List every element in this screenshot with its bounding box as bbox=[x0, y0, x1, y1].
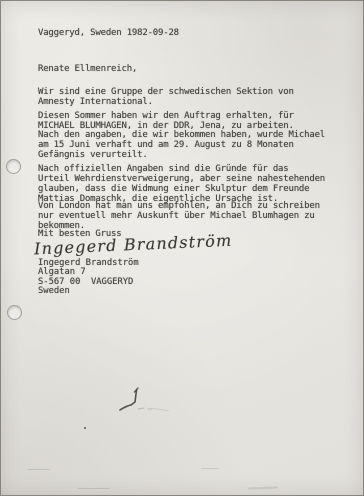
hole-punch-bottom bbox=[7, 305, 22, 320]
paragraph-request: Von London hat man uns empfohlen, an Dic… bbox=[38, 201, 320, 231]
paper-smudge bbox=[78, 488, 110, 489]
dateline: Vaggeryd, Sweden 1982-09-28 bbox=[38, 28, 179, 38]
paper-smudge bbox=[248, 486, 278, 489]
paragraph-assignment: Diesen Sommer haben wir den Auftrag erha… bbox=[38, 111, 294, 131]
pen-mark-squiggle bbox=[118, 385, 152, 417]
paper-smudge bbox=[151, 408, 169, 411]
paragraph-intro: Wir sind eine Gruppe der schwedischen Se… bbox=[38, 87, 294, 107]
hole-punch-top bbox=[6, 159, 21, 174]
paper-smudge bbox=[28, 469, 50, 470]
scanned-letter-page: Vaggeryd, Sweden 1982-09-28 Renate Ellme… bbox=[0, 0, 364, 496]
sender-address-block: Ingegerd Brandström Algatan 7 S-567 00 V… bbox=[38, 259, 139, 297]
paper-smudge bbox=[201, 468, 219, 469]
paragraph-reasons: Nach offiziellen Angaben sind die Gründe… bbox=[38, 164, 325, 204]
ink-dot bbox=[84, 427, 86, 429]
paragraph-arrest: Nach den angaben, die wir bekommen haben… bbox=[38, 130, 325, 160]
recipient-name: Renate Ellmenreich, bbox=[38, 64, 137, 74]
sender-country: Sweden bbox=[38, 287, 139, 296]
